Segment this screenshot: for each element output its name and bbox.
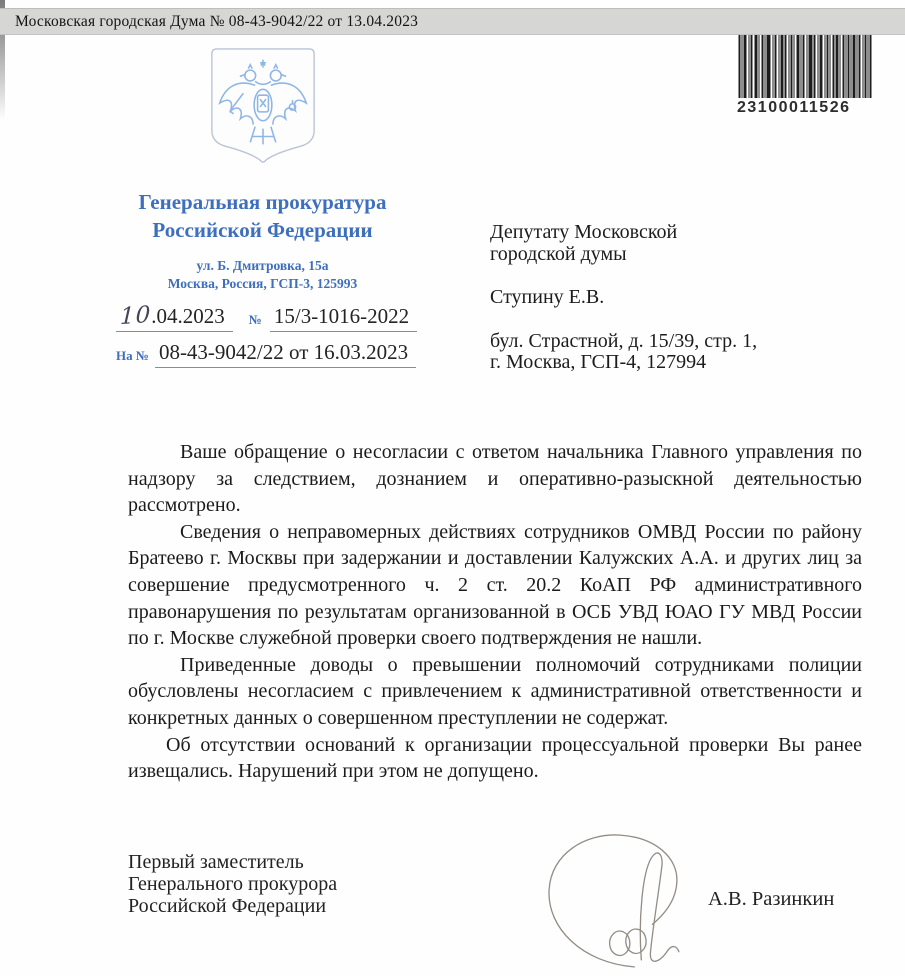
recipient-address-line1: бул. Страстной, д. 15/39, стр. 1, bbox=[490, 331, 840, 353]
recipient-address-line2: г. Москва, ГСП-4, 127994 bbox=[490, 352, 840, 374]
reply-to-field: 08-43-9042/22 от 16.03.2023 bbox=[155, 340, 416, 368]
paragraph-4: Об отсутствии оснований к организации пр… bbox=[128, 732, 862, 785]
paragraph-3: Приведенные доводы о превышении полномоч… bbox=[128, 652, 862, 732]
handwritten-signature bbox=[536, 827, 700, 975]
recipient-position: Депутату Московской городской думы bbox=[490, 222, 840, 265]
outgoing-number-field: 15/3-1016-2022 bbox=[270, 304, 417, 332]
barcode-number: 23100011526 bbox=[737, 99, 873, 117]
recipient-block: Депутату Московской городской думы Ступи… bbox=[490, 222, 840, 396]
reply-to-row: На № 08-43-9042/22 от 16.03.2023 bbox=[116, 340, 461, 368]
org-address-line2: Москва, Россия, ГСП-3, 125993 bbox=[120, 275, 405, 293]
recipient-position-line1: Депутату Московской bbox=[490, 222, 840, 244]
recipient-name: Ступину Е.В. bbox=[490, 287, 840, 309]
registration-barcode: 23100011526 bbox=[737, 35, 873, 117]
signer-name: А.В. Разинкин bbox=[708, 888, 834, 911]
reference-block: 10.04.2023 № 15/3-1016-2022 На № 08-43-9… bbox=[116, 303, 461, 368]
org-address-line1: ул. Б. Дмитровка, 15а bbox=[120, 257, 405, 275]
number-sign-label: № bbox=[249, 312, 262, 328]
date-printed: .04.2023 bbox=[151, 304, 225, 328]
org-name: Генеральная прокуратура Российской Федер… bbox=[120, 188, 405, 244]
paragraph-2: Сведения о неправомерных действиях сотру… bbox=[128, 519, 862, 652]
letter-body: Ваше обращение о несогласии с ответом на… bbox=[128, 439, 862, 785]
signer-title-line2: Генерального прокурора bbox=[128, 873, 337, 895]
org-name-line2: Российской Федерации bbox=[120, 216, 405, 244]
signer-title-line1: Первый заместитель bbox=[128, 851, 337, 873]
recipient-position-line2: городской думы bbox=[490, 244, 840, 266]
capture-header-bar: Московская городская Дума № 08-43-9042/2… bbox=[0, 8, 905, 35]
coat-of-arms-emblem bbox=[204, 46, 322, 166]
outgoing-number: 15/3-1016-2022 bbox=[274, 304, 409, 328]
date-field: 10.04.2023 bbox=[116, 303, 233, 332]
org-address: ул. Б. Дмитровка, 15а Москва, Россия, ГС… bbox=[120, 257, 405, 293]
signer-title: Первый заместитель Генерального прокурор… bbox=[128, 851, 337, 917]
date-and-number-row: 10.04.2023 № 15/3-1016-2022 bbox=[116, 303, 461, 332]
capture-header-text: Московская городская Дума № 08-43-9042/2… bbox=[0, 13, 418, 31]
signer-title-line3: Российской Федерации bbox=[128, 895, 337, 917]
paragraph-1: Ваше обращение о несогласии с ответом на… bbox=[128, 439, 862, 519]
barcode-icon bbox=[737, 35, 873, 98]
reply-to-label: На № bbox=[116, 348, 149, 364]
recipient-address: бул. Страстной, д. 15/39, стр. 1, г. Мос… bbox=[490, 331, 840, 374]
handwritten-day: 10 bbox=[120, 302, 152, 330]
reply-to-number: 08-43-9042/22 от 16.03.2023 bbox=[159, 340, 408, 364]
scanned-letter-page: Московская городская Дума № 08-43-9042/2… bbox=[0, 0, 905, 976]
letterhead: Генеральная прокуратура Российской Федер… bbox=[120, 46, 405, 293]
org-name-line1: Генеральная прокуратура bbox=[120, 188, 405, 216]
